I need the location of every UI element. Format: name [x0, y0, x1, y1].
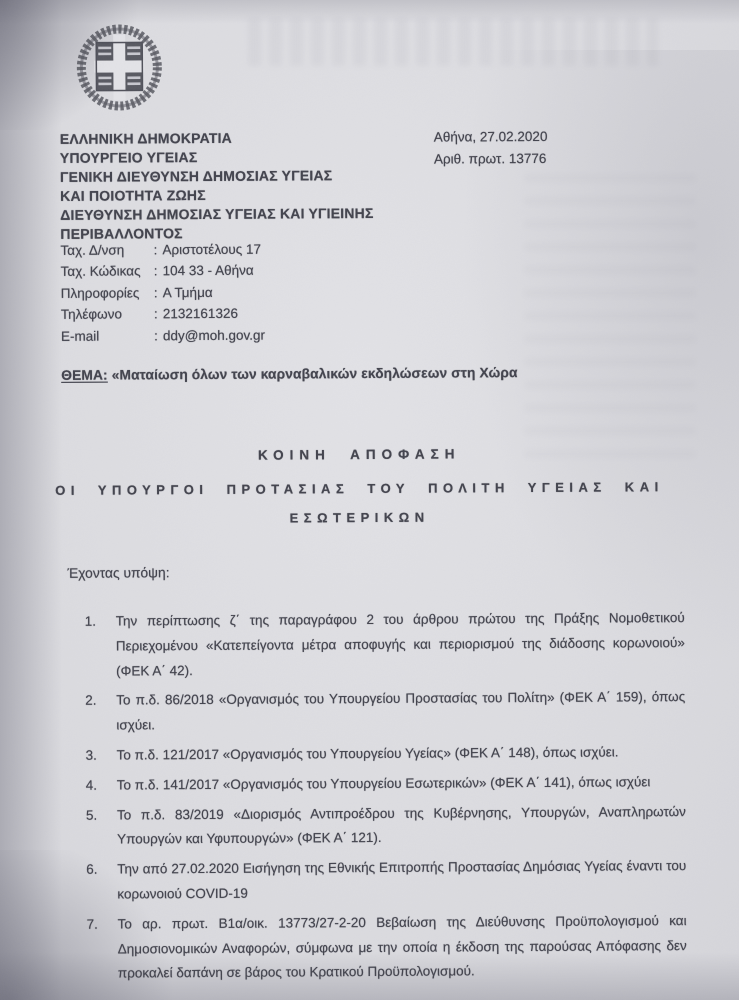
contact-separator: : [149, 328, 163, 343]
list-item-text: Το π.δ. 83/2019 «Διορισμός Αντιπροέδρου … [117, 800, 686, 853]
list-item: 6. Την από 27.02.2020 Εισήγηση της Εθνικ… [86, 854, 686, 907]
contact-value: 2132161326 [163, 306, 238, 321]
org-line: ΔΙΕΥΘΥΝΣΗ ΔΗΜΟΣΙΑΣ ΥΓΕΙΑΣ ΚΑΙ ΥΓΙΕΙΝΗΣ [60, 204, 373, 225]
subject-label: ΘΕΜΑ: [61, 368, 108, 383]
contact-label: Ταχ. Κώδικας [61, 264, 149, 280]
contact-value: 104 33 - Αθήνα [163, 263, 254, 279]
list-item: 7. Το αρ. πρωτ. Β1α/οικ. 13773/27-2-20 Β… [87, 909, 687, 987]
contact-value: Α Τμήμα [163, 285, 213, 300]
list-item: 1. Την περίπτωσης ζ΄ της παραγράφου 2 το… [85, 606, 685, 684]
preamble-label: Έχοντας υπόψη: [67, 565, 169, 581]
city-date: Αθήνα, 27.02.2020 [434, 126, 548, 149]
list-item: 5. Το π.δ. 83/2019 «Διορισμός Αντιπροέδρ… [86, 800, 686, 853]
list-item-text: Το αρ. πρωτ. Β1α/οικ. 13773/27-2-20 Βεβα… [118, 909, 687, 987]
list-item-number: 5. [86, 803, 106, 853]
list-item-text: Το π.δ. 86/2018 «Οργανισμός του Υπουργεί… [116, 685, 685, 738]
list-item-number: 3. [85, 744, 105, 769]
considerations-list: 1. Την περίπτωσης ζ΄ της παραγράφου 2 το… [85, 606, 687, 992]
decision-issuers-line1: ΟΙ ΥΠΟΥΡΓΟΙ ΠΡΟΤΑΣΙΑΣ ΤΟΥ ΠΟΛΙΤΗ ΥΓΕΙΑΣ … [0, 479, 719, 498]
contact-separator: : [149, 264, 163, 279]
document-content: ΕΛΛΗΝΙΚΗ ΔΗΜΟΚΡΑΤΙΑ ΥΠΟΥΡΓΕΙΟ ΥΓΕΙΑΣ ΓΕΝ… [0, 0, 739, 1000]
letterhead-org-block: ΕΛΛΗΝΙΚΗ ΔΗΜΟΚΡΑΤΙΑ ΥΠΟΥΡΓΕΙΟ ΥΓΕΙΑΣ ΓΕΝ… [60, 128, 374, 244]
list-item-number: 1. [85, 610, 105, 685]
list-item: 4. Το π.δ. 141/2017 «Οργανισμός του Υπου… [86, 770, 686, 798]
contact-row: E-mail : ddy@moh.gov.gr [61, 327, 265, 350]
org-line: ΥΠΟΥΡΓΕΙΟ ΥΓΕΙΑΣ [60, 147, 373, 168]
decision-title: ΚΟΙΝΗ ΑΠΟΦΑΣΗ [0, 445, 719, 464]
contact-label: E-mail [61, 328, 149, 344]
greek-coat-of-arms-icon [73, 23, 166, 114]
date-protocol-block: Αθήνα, 27.02.2020 Αριθ. πρωτ. 13776 [434, 126, 548, 171]
org-line: ΓΕΝΙΚΗ ΔΙΕΥΘΥΝΣΗ ΔΗΜΟΣΙΑΣ ΥΓΕΙΑΣ [60, 166, 373, 187]
list-item: 2. Το π.δ. 86/2018 «Οργανισμός του Υπουρ… [85, 685, 685, 738]
list-item: 3. Το π.δ. 121/2017 «Οργανισμός του Υπου… [85, 740, 685, 768]
subject-line: ΘΕΜΑ: «Ματαίωση όλων των καρναβαλικών εκ… [61, 365, 517, 383]
org-line: ΠΕΡΙΒΑΛΛΟΝΤΟΣ [60, 223, 373, 244]
contact-separator: : [149, 285, 163, 300]
decision-issuers-line2: ΕΣΩΤΕΡΙΚΩΝ [0, 508, 719, 527]
list-item-number: 6. [86, 858, 106, 908]
list-item-text: Το π.δ. 121/2017 «Οργανισμός του Υπουργε… [116, 740, 685, 768]
list-item-text: Το π.δ. 141/2017 «Οργανισμός του Υπουργε… [117, 770, 686, 798]
contact-row: Τηλέφωνο : 2132161326 [61, 306, 265, 329]
contact-row: Πληροφορίες : Α Τμήμα [61, 284, 265, 307]
contact-separator: : [148, 242, 162, 257]
contact-value: ddy@moh.gov.gr [163, 327, 265, 343]
contact-label: Τηλέφωνο [61, 307, 149, 323]
scanned-document-page: ΕΛΛΗΝΙΚΗ ΔΗΜΟΚΡΑΤΙΑ ΥΠΟΥΡΓΕΙΟ ΥΓΕΙΑΣ ΓΕΝ… [0, 0, 739, 1000]
contact-row: Ταχ. Κώδικας : 104 33 - Αθήνα [61, 263, 265, 286]
protocol-number: Αριθ. πρωτ. 13776 [434, 148, 548, 171]
list-item-number: 4. [86, 773, 106, 798]
contact-separator: : [149, 306, 163, 321]
org-line: ΚΑΙ ΠΟΙΟΤΗΤΑ ΖΩΗΣ [60, 185, 373, 206]
subject-text: «Ματαίωση όλων των καρναβαλικών εκδηλώσε… [112, 365, 518, 382]
org-line: ΕΛΛΗΝΙΚΗ ΔΗΜΟΚΡΑΤΙΑ [60, 128, 373, 149]
contact-block: Ταχ. Δ/νση : Αριστοτέλους 17 Ταχ. Κώδικα… [60, 242, 265, 350]
list-item-number: 2. [85, 689, 105, 739]
contact-label: Πληροφορίες [61, 285, 149, 301]
contact-row: Ταχ. Δ/νση : Αριστοτέλους 17 [60, 242, 264, 265]
list-item-text: Την περίπτωσης ζ΄ της παραγράφου 2 του ά… [116, 606, 685, 684]
contact-value: Αριστοτέλους 17 [162, 242, 261, 258]
list-item-number: 7. [87, 912, 107, 987]
list-item-text: Την από 27.02.2020 Εισήγηση της Εθνικής … [117, 854, 686, 907]
contact-label: Ταχ. Δ/νση [60, 242, 148, 258]
